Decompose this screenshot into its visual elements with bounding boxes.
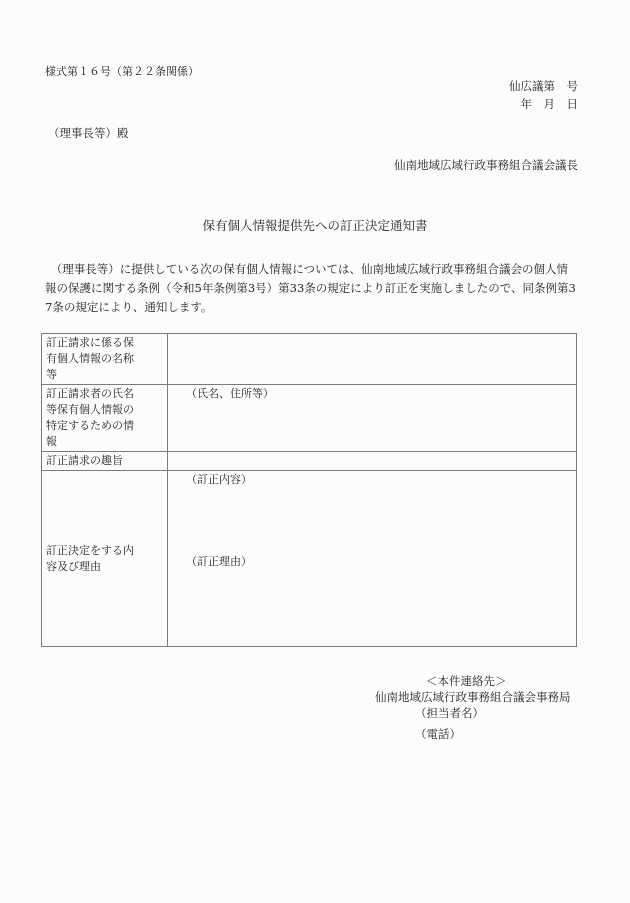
row-value-purpose (168, 452, 577, 471)
body-line: 7条の規定により、通知します。 (45, 298, 580, 317)
body-paragraph: （理事長等）に提供している次の保有個人情報については、仙南地域広域行政事務組合議… (45, 260, 580, 317)
row-value-requester: （氏名、住所等） (168, 385, 577, 452)
addressee: （理事長等）殿 (48, 128, 129, 140)
label-line: 訂正請求に係る保 (46, 335, 163, 351)
row-label: 訂正決定をする内 容及び理由 (42, 471, 168, 647)
label-line: 訂正請求の趣旨 (46, 453, 163, 469)
label-line: 訂正請求者の氏名 (46, 386, 163, 402)
row-label: 訂正請求者の氏名 等保有個人情報の 特定するための情 報 (42, 385, 168, 452)
body-line: 報の保護に関する条例（令和5年条例第3号）第33条の規定により訂正を実施しました… (45, 279, 580, 298)
form-number: 様式第１６号（第２２条関係） (45, 66, 199, 77)
contact-phone: （電話） (415, 729, 461, 741)
document-title: 保有個人情報提供先への訂正決定通知書 (0, 220, 630, 233)
info-table: 訂正請求に係る保 有個人情報の名称 等 訂正請求者の氏名 等保有個人情報の 特定… (41, 333, 577, 647)
contact-person: （担当者名） (415, 708, 484, 720)
row-value-info-name (168, 334, 577, 385)
table-row-requester: 訂正請求者の氏名 等保有個人情報の 特定するための情 報 （氏名、住所等） (42, 385, 577, 452)
table-row-decision: 訂正決定をする内 容及び理由 （訂正内容） （訂正理由） (42, 471, 577, 647)
label-line: 特定するための情 (46, 418, 163, 434)
row-label: 訂正請求の趣旨 (42, 452, 168, 471)
label-line: 有個人情報の名称 (46, 351, 163, 367)
sender: 仙南地域広域行政事務組合議会議長 (394, 160, 578, 172)
document-number: 仙広議第 号 (509, 81, 578, 93)
body-line: （理事長等）に提供している次の保有個人情報については、仙南地域広域行政事務組合議… (45, 260, 580, 279)
label-line: 報 (46, 434, 163, 450)
table-row-purpose: 訂正請求の趣旨 (42, 452, 577, 471)
document-date: 年 月 日 (521, 99, 579, 111)
row-label: 訂正請求に係る保 有個人情報の名称 等 (42, 334, 168, 385)
contact-heading: ＜本件連絡先＞ (426, 676, 507, 688)
contact-organization: 仙南地域広域行政事務組合議会事務局 (375, 692, 571, 704)
table-row-info-name: 訂正請求に係る保 有個人情報の名称 等 (42, 334, 577, 385)
label-line: 容及び理由 (46, 559, 163, 575)
label-line: 等保有個人情報の (46, 402, 163, 418)
label-line: 等 (46, 367, 163, 383)
row-value-decision: （訂正内容） （訂正理由） (168, 471, 577, 647)
correction-content-label: （訂正内容） (186, 472, 252, 488)
label-line: 訂正決定をする内 (46, 543, 163, 559)
correction-reason-label: （訂正理由） (186, 554, 252, 570)
